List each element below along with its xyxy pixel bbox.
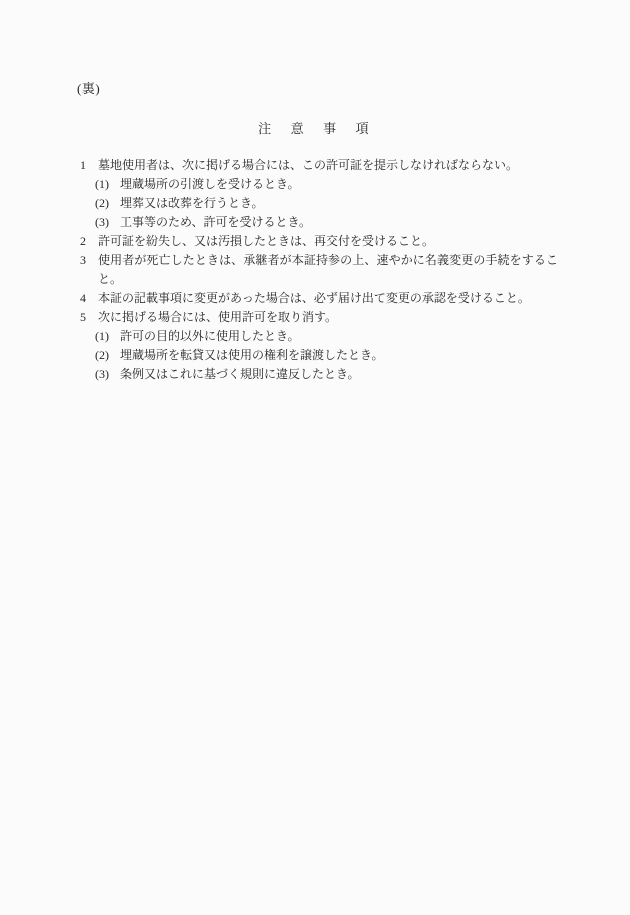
- note-subitem-1-2-text: 埋葬又は改葬を行うとき。: [120, 194, 558, 213]
- page-side-label: (裏): [77, 81, 100, 97]
- notes-list: 1 墓地使用者は、次に掲げる場合には、この許可証を提示しなければならない。 (1…: [80, 156, 558, 384]
- note-subitem-5-2-number: (2): [95, 346, 120, 365]
- note-subitem-5-2: (2) 埋蔵場所を転貸又は使用の権利を譲渡したとき。: [95, 346, 558, 365]
- page-title: 注 意 事 項: [0, 120, 630, 137]
- note-item-1-number: 1: [80, 156, 98, 175]
- note-subitem-1-3-text: 工事等のため、許可を受けるとき。: [120, 213, 558, 232]
- note-subitem-1-3-number: (3): [95, 213, 120, 232]
- note-subitem-5-1: (1) 許可の目的以外に使用したとき。: [95, 327, 558, 346]
- note-item-5-text: 次に掲げる場合には、使用許可を取り消す。: [98, 308, 558, 327]
- note-subitem-5-3-number: (3): [95, 365, 120, 384]
- note-subitem-5-1-number: (1): [95, 327, 120, 346]
- note-item-2: 2 許可証を紛失し、又は汚損したときは、再交付を受けること。: [80, 232, 558, 251]
- note-subitem-1-1-text: 埋蔵場所の引渡しを受けるとき。: [120, 175, 558, 194]
- note-item-3: 3 使用者が死亡したときは、承継者が本証持参の上、速やかに名義変更の手続をするこ…: [80, 251, 558, 289]
- note-item-3-number: 3: [80, 251, 98, 270]
- note-item-2-number: 2: [80, 232, 98, 251]
- note-item-4-text: 本証の記載事項に変更があった場合は、必ず届け出て変更の承認を受けること。: [98, 289, 558, 308]
- note-item-5: 5 次に掲げる場合には、使用許可を取り消す。: [80, 308, 558, 327]
- note-item-4-number: 4: [80, 289, 98, 308]
- note-item-1-text: 墓地使用者は、次に掲げる場合には、この許可証を提示しなければならない。: [98, 156, 558, 175]
- note-subitem-5-3-text: 条例又はこれに基づく規則に違反したとき。: [120, 365, 558, 384]
- note-subitem-1-2-number: (2): [95, 194, 120, 213]
- note-subitem-1-2: (2) 埋葬又は改葬を行うとき。: [95, 194, 558, 213]
- note-subitem-5-3: (3) 条例又はこれに基づく規則に違反したとき。: [95, 365, 558, 384]
- note-item-5-number: 5: [80, 308, 98, 327]
- note-subitem-1-3: (3) 工事等のため、許可を受けるとき。: [95, 213, 558, 232]
- note-item-2-text: 許可証を紛失し、又は汚損したときは、再交付を受けること。: [98, 232, 558, 251]
- note-subitem-1-1-number: (1): [95, 175, 120, 194]
- note-item-3-text: 使用者が死亡したときは、承継者が本証持参の上、速やかに名義変更の手続をすること。: [98, 251, 558, 289]
- note-item-1: 1 墓地使用者は、次に掲げる場合には、この許可証を提示しなければならない。: [80, 156, 558, 175]
- document-page: (裏) 注 意 事 項 1 墓地使用者は、次に掲げる場合には、この許可証を提示し…: [0, 0, 630, 915]
- note-item-4: 4 本証の記載事項に変更があった場合は、必ず届け出て変更の承認を受けること。: [80, 289, 558, 308]
- note-subitem-5-2-text: 埋蔵場所を転貸又は使用の権利を譲渡したとき。: [120, 346, 558, 365]
- note-subitem-5-1-text: 許可の目的以外に使用したとき。: [120, 327, 558, 346]
- note-subitem-1-1: (1) 埋蔵場所の引渡しを受けるとき。: [95, 175, 558, 194]
